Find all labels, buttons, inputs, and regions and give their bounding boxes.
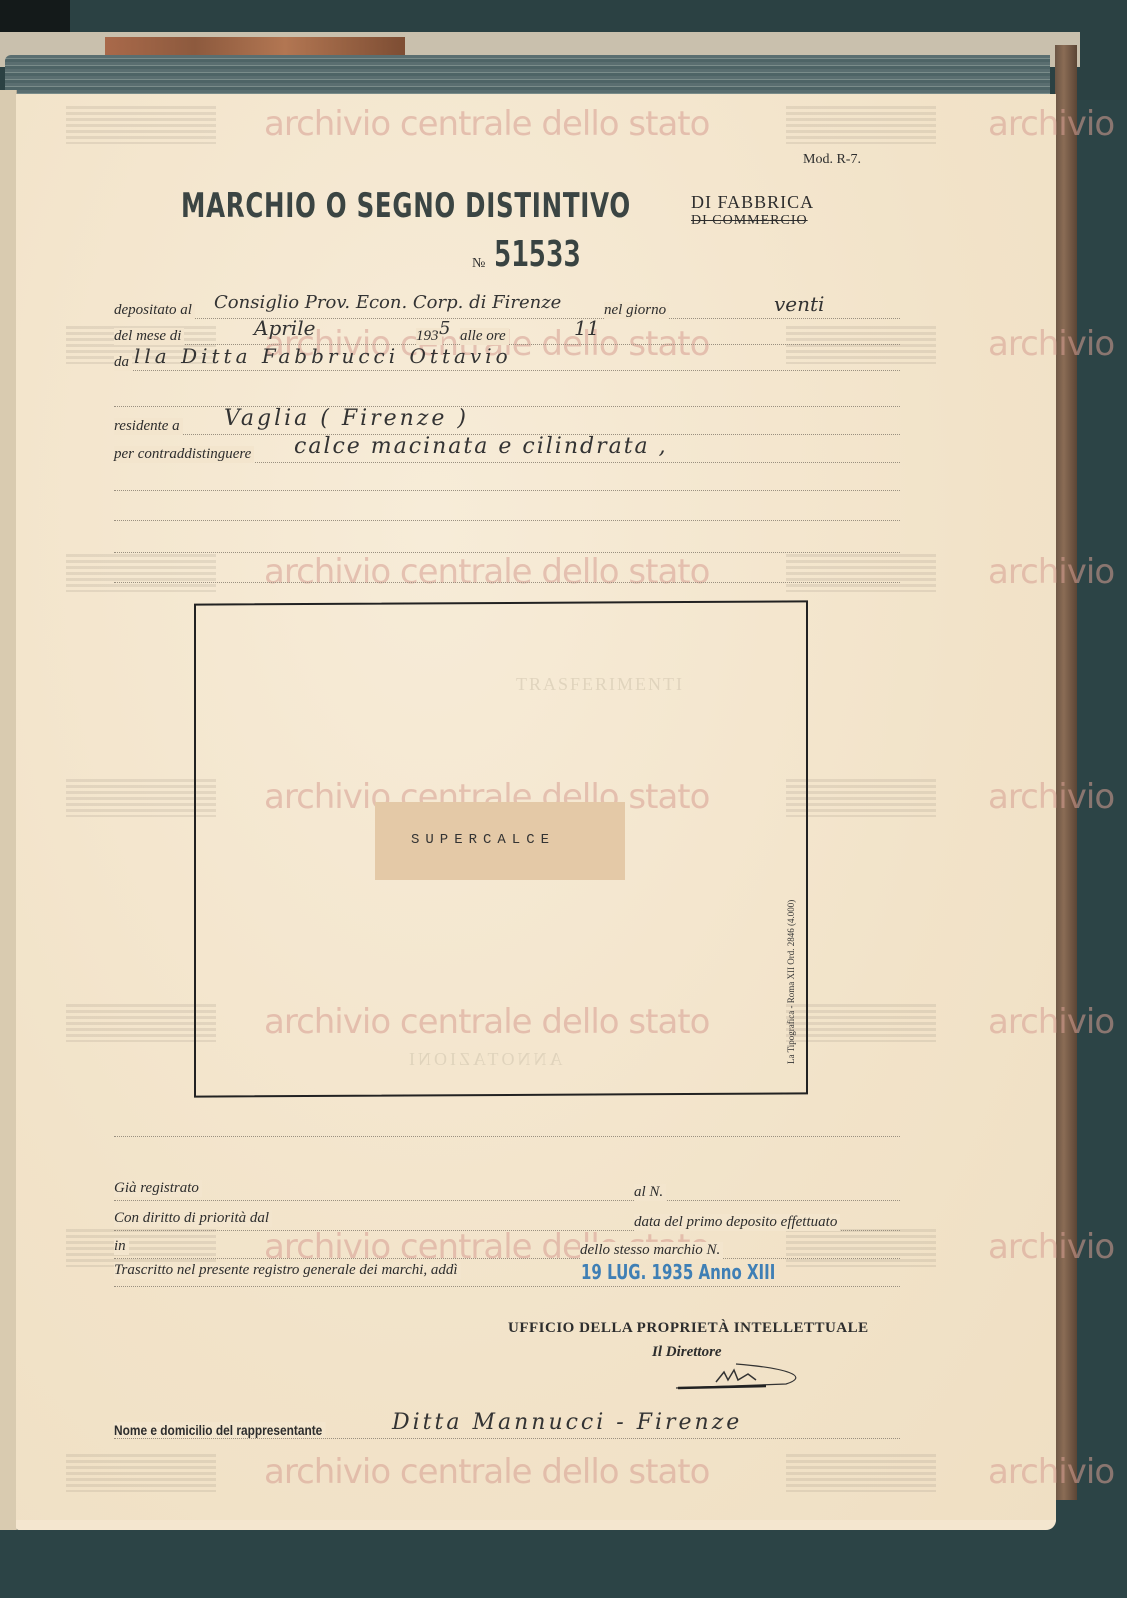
register-page: archivio centrale dello statoarchivio ar…	[16, 94, 1056, 1524]
signatory-title: Il Direttore	[652, 1344, 722, 1361]
value-anno: 5	[439, 318, 450, 339]
field-row-blank	[114, 1114, 900, 1137]
number-label: №	[472, 256, 485, 272]
trademark-text: SUPERCALCE	[411, 832, 555, 848]
value-mese: Aprile	[254, 316, 315, 340]
value-rappresentante: Ditta Mannucci - Firenze	[392, 1410, 742, 1435]
value-da: lla Ditta Fabbrucci Ottavio	[134, 344, 512, 368]
field-row-gia-registrato: Già registrato al N.	[114, 1178, 900, 1201]
label-depositato: depositato al	[114, 302, 195, 319]
label-trascritto: Trascritto nel presente registro general…	[114, 1262, 461, 1279]
value-giorno: venti	[774, 292, 824, 316]
trademark-label: SUPERCALCE	[375, 802, 625, 880]
field-row-depositato: depositato al Consiglio Prov. Econ. Corp…	[114, 296, 900, 319]
label-rappresentante: Nome e domicilio del rappresentante	[114, 1422, 326, 1438]
field-row-contraddistinguere: per contraddistinguere calce macinata e …	[114, 440, 900, 463]
page-gutter-left	[0, 90, 17, 1530]
label-stesso-marchio: dello stesso marchio N.	[580, 1242, 723, 1259]
registration-number: 51533	[494, 234, 581, 275]
label-mese: del mese di	[114, 328, 184, 345]
field-row-blank	[114, 530, 900, 553]
label-in: in	[114, 1238, 129, 1255]
field-row-trascritto: Trascritto nel presente registro general…	[114, 1264, 900, 1287]
label-residente: residente a	[114, 418, 183, 435]
label-contraddistinguere: per contraddistinguere	[114, 446, 254, 463]
label-da: da	[114, 354, 132, 371]
label-ore: alle ore	[460, 328, 509, 345]
value-contraddistinguere: calce macinata e cilindrata ,	[294, 434, 668, 459]
page-bottom-edge	[16, 1520, 1056, 1530]
field-row-priorita: Con diritto di priorità dal data del pri…	[114, 1208, 900, 1231]
value-ore: 11	[574, 316, 599, 340]
label-al-n: al N.	[634, 1184, 666, 1201]
subtitle-fabbrica: DI FABBRICA	[691, 192, 814, 213]
value-depositato: Consiglio Prov. Econ. Corp. di Firenze	[214, 292, 561, 313]
field-row-blank	[114, 560, 900, 583]
label-anno: 193	[416, 328, 442, 345]
field-row-blank	[114, 468, 900, 491]
marbled-spine-right	[1055, 45, 1077, 1500]
director-signature	[666, 1362, 816, 1392]
field-row-rappresentante: Nome e domicilio del rappresentante Ditt…	[114, 1416, 900, 1439]
label-gia-registrato: Già registrato	[114, 1180, 202, 1197]
field-row-blank	[114, 498, 900, 521]
field-row-residente: residente a Vaglia ( Firenze )	[114, 412, 900, 435]
form-code: Mod. R-7.	[803, 152, 861, 168]
label-nel-giorno: nel giorno	[604, 302, 669, 319]
document-title: MARCHIO O SEGNO DISTINTIVO	[181, 186, 631, 226]
subtitle-commercio-struck: DI COMMERCIO	[691, 213, 808, 229]
label-priorita: Con diritto di priorità dal	[114, 1210, 272, 1227]
page-stack-edge	[5, 55, 1050, 97]
field-row-da: da lla Ditta Fabbrucci Ottavio	[114, 348, 900, 371]
field-row-mese: del mese di Aprile 193 5 alle ore 11	[114, 322, 900, 345]
watermark-row: archivio centrale dello statoarchivio	[16, 104, 1056, 154]
watermark-row: archivio centrale dello statoarchivio	[16, 1452, 1056, 1502]
value-residente: Vaglia ( Firenze )	[224, 406, 469, 431]
label-primo-deposito: data del primo deposito effettuato	[634, 1214, 840, 1231]
printer-note: La Tipografica - Roma XII Ord. 2846 (4.0…	[786, 834, 800, 1074]
office-name: UFFICIO DELLA PROPRIETÀ INTELLETTUALE	[508, 1320, 869, 1337]
date-stamp: 19 LUG. 1935 Anno XIII	[581, 1260, 775, 1284]
field-row-blank	[114, 384, 900, 407]
field-row-in: in dello stesso marchio N.	[114, 1236, 900, 1259]
